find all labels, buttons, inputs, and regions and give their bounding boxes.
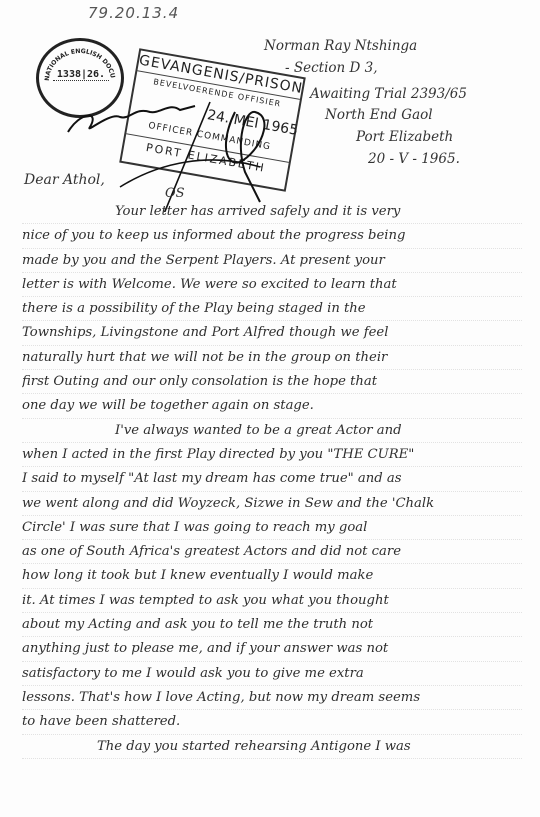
letter-line: to have been shattered.	[22, 710, 522, 734]
letter-line: I said to myself "At last my dream has c…	[22, 467, 522, 491]
letter-line: first Outing and our only consolation is…	[22, 370, 522, 394]
letter-line: it. At times I was tempted to ask you wh…	[22, 589, 522, 613]
letter-date: 20 - V - 1965.	[368, 151, 460, 167]
letter-line: I've always wanted to be a great Actor a…	[22, 419, 522, 443]
letter-page: 79.20.13.4 NATIONAL ENGLISH DOCUMENTATIO…	[0, 0, 540, 817]
letter-line: Circle' I was sure that I was going to r…	[22, 516, 522, 540]
salutation: Dear Athol,	[24, 172, 105, 188]
letter-line: as one of South Africa's greatest Actors…	[22, 540, 522, 564]
sender-trial-status: Awaiting Trial 2393/65	[310, 86, 467, 102]
sender-name: Norman Ray Ntshinga	[264, 38, 417, 54]
sender-section: - Section D 3,	[285, 60, 378, 76]
letter-line: when I acted in the first Play directed …	[22, 443, 522, 467]
letter-line: nice of you to keep us informed about th…	[22, 224, 522, 248]
censor-initials: OS	[165, 186, 185, 201]
letter-line: letter is with Welcome. We were so excit…	[22, 273, 522, 297]
letter-line: Your letter has arrived safely and it is…	[22, 200, 522, 224]
letter-line: anything just to please me, and if your …	[22, 637, 522, 661]
letter-line: we went along and did Woyzeck, Sizwe in …	[22, 492, 522, 516]
letter-line: there is a possibility of the Play being…	[22, 297, 522, 321]
letter-line: made by you and the Serpent Players. At …	[22, 249, 522, 273]
letter-line: The day you started rehearsing Antigone …	[22, 735, 522, 759]
letter-line: one day we will be together again on sta…	[22, 394, 522, 418]
letter-line: how long it took but I knew eventually I…	[22, 564, 522, 588]
letter-body: Your letter has arrived safely and it is…	[22, 200, 522, 759]
letter-line: naturally hurt that we will not be in th…	[22, 346, 522, 370]
sender-city: Port Elizabeth	[356, 129, 453, 145]
sender-prison: North End Gaol	[325, 107, 433, 123]
letter-line: satisfactory to me I would ask you to gi…	[22, 662, 522, 686]
letter-line: about my Acting and ask you to tell me t…	[22, 613, 522, 637]
letter-line: Townships, Livingstone and Port Alfred t…	[22, 321, 522, 345]
letter-line: lessons. That's how I love Acting, but n…	[22, 686, 522, 710]
sender-address-block: Norman Ray Ntshinga - Section D 3, Await…	[0, 0, 540, 170]
